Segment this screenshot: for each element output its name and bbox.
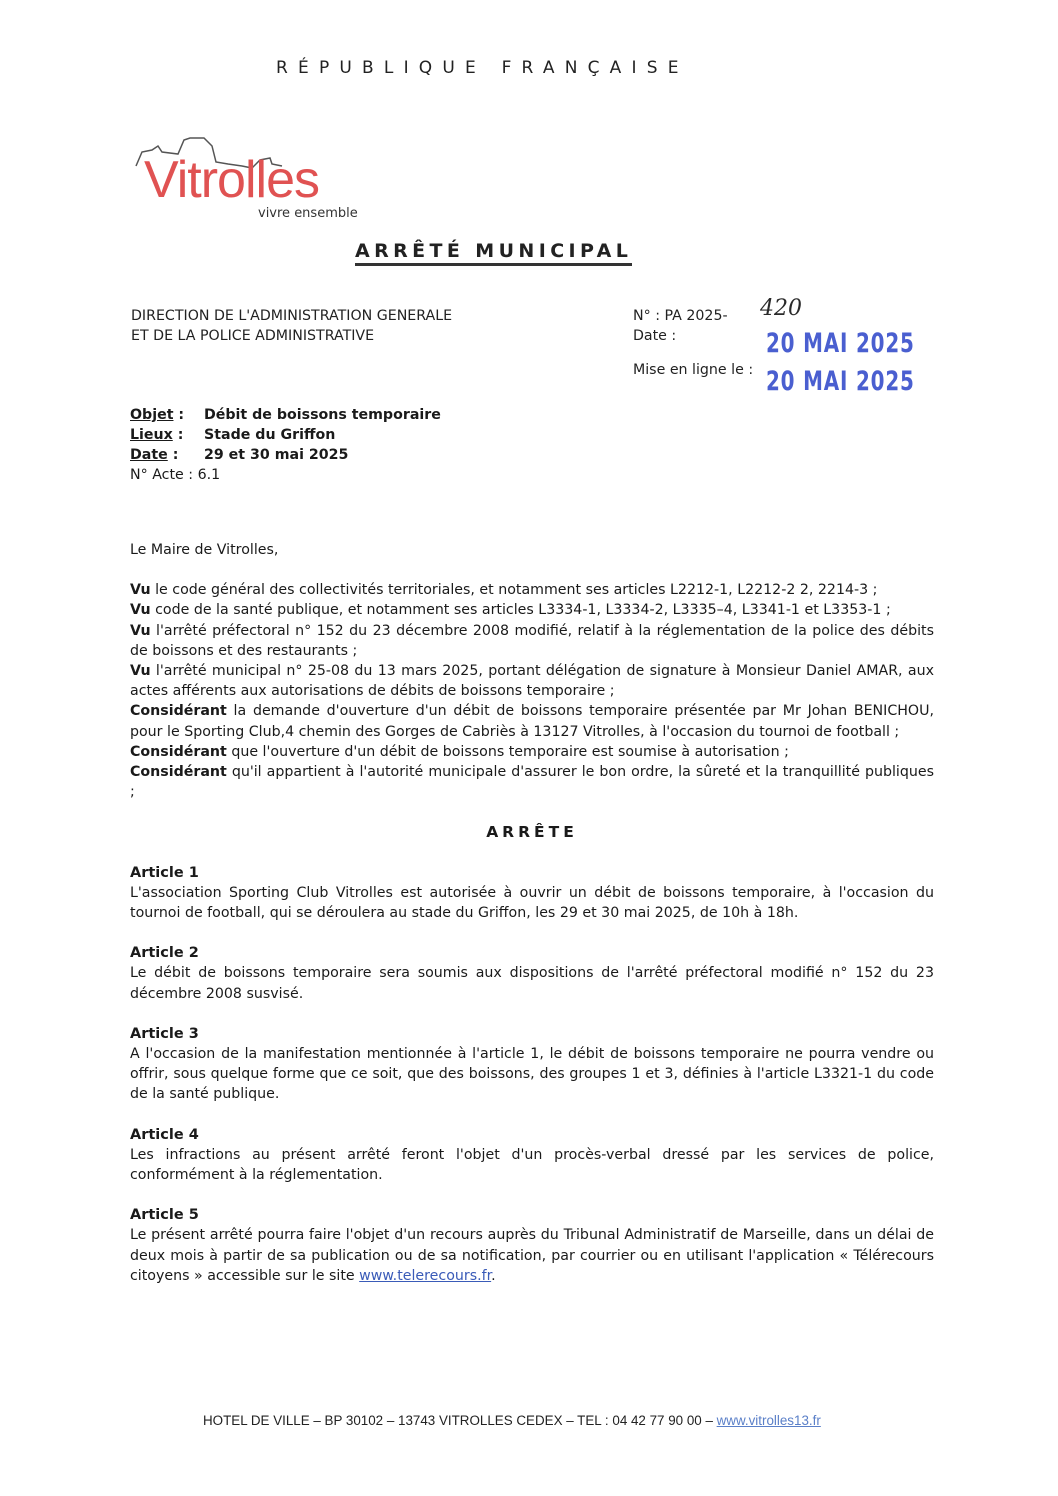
acte-number: N° Acte : 6.1 <box>130 465 441 485</box>
article-title: Article 3 <box>130 1024 934 1044</box>
clause-lead: Vu <box>130 663 151 679</box>
online-date-stamp: 20 MAI 2025 <box>766 366 915 397</box>
online-date-label: Mise en ligne le : <box>633 362 753 378</box>
department-line-1: DIRECTION DE L'ADMINISTRATION GENERALE <box>131 306 452 326</box>
footer-address: HOTEL DE VILLE – BP 30102 – 13743 VITROL… <box>203 1413 821 1428</box>
republique-francaise-heading: RÉPUBLIQUE FRANÇAISE <box>276 58 689 78</box>
footer-text: HOTEL DE VILLE – BP 30102 – 13743 VITROL… <box>203 1413 717 1428</box>
clause-text: code de la santé publique, et notamment … <box>151 602 891 618</box>
preamble-clause: Vu code de la santé publique, et notamme… <box>130 600 934 620</box>
article-title: Article 5 <box>130 1205 934 1225</box>
reference-number-label: N° : PA 2025- <box>633 306 728 326</box>
articles-list: Article 1L'association Sporting Club Vit… <box>130 863 934 1286</box>
date-label: Date : <box>633 326 728 346</box>
clause-text: la demande d'ouverture d'un débit de boi… <box>130 703 934 739</box>
footer-website-link[interactable]: www.vitrolles13.fr <box>717 1413 821 1428</box>
preamble-clause: Considérant la demande d'ouverture d'un … <box>130 701 934 741</box>
issuing-department: DIRECTION DE L'ADMINISTRATION GENERALE E… <box>131 306 452 346</box>
lieux-value: Stade du Griffon <box>204 425 335 445</box>
clause-text: que l'ouverture d'un débit de boissons t… <box>227 744 789 760</box>
article-text: A l'occasion de la manifestation mention… <box>130 1044 934 1105</box>
preamble-clause: Vu le code général des collectivités ter… <box>130 580 934 600</box>
logo-wordmark: Vitrolles <box>144 154 319 206</box>
clause-lead: Vu <box>130 623 151 639</box>
article-text: L'association Sporting Club Vitrolles es… <box>130 883 934 923</box>
clause-lead: Considérant <box>130 764 227 780</box>
article-title: Article 4 <box>130 1125 934 1145</box>
subject-block: Objet : Débit de boissons temporaire Lie… <box>130 405 441 485</box>
opening-line: Le Maire de Vitrolles, <box>130 540 934 560</box>
clause-text: l'arrêté préfectoral n° 152 du 23 décemb… <box>130 623 934 659</box>
preamble-clause: Considérant que l'ouverture d'un débit d… <box>130 742 934 762</box>
article-text: Le débit de boissons temporaire sera sou… <box>130 963 934 1003</box>
article-title: Article 1 <box>130 863 934 883</box>
department-line-2: ET DE LA POLICE ADMINISTRATIVE <box>131 326 452 346</box>
telerecours-link[interactable]: www.telerecours.fr <box>359 1268 491 1284</box>
article-text: Le présent arrêté pourra faire l'objet d… <box>130 1225 934 1286</box>
handwritten-number: 420 <box>760 296 802 321</box>
lieux-row: Lieux : Stade du Griffon <box>130 425 441 445</box>
preamble-clause: Considérant qu'il appartient à l'autorit… <box>130 762 934 802</box>
clause-lead: Considérant <box>130 744 227 760</box>
document-body: Le Maire de Vitrolles, Vu le code généra… <box>130 540 934 1286</box>
logo-tagline: vivre ensemble <box>258 206 358 221</box>
decision-heading: ARRÊTE <box>130 822 934 842</box>
clause-lead: Considérant <box>130 703 227 719</box>
document-title: ARRÊTÉ MUNICIPAL <box>355 240 632 266</box>
preamble-clause: Vu l'arrêté préfectoral n° 152 du 23 déc… <box>130 621 934 661</box>
date-row: Date : 29 et 30 mai 2025 <box>130 445 441 465</box>
article-text: Les infractions au présent arrêté feront… <box>130 1145 934 1185</box>
reference-block: N° : PA 2025- Date : <box>633 306 728 346</box>
clause-lead: Vu <box>130 602 151 618</box>
objet-value: Débit de boissons temporaire <box>204 405 441 425</box>
lieux-label: Lieux <box>130 427 173 443</box>
date-row-value: 29 et 30 mai 2025 <box>204 445 348 465</box>
objet-label: Objet <box>130 407 173 423</box>
vitrolles-logo: Vitrolles vivre ensemble <box>132 132 392 227</box>
article-title: Article 2 <box>130 943 934 963</box>
clause-text: qu'il appartient à l'autorité municipale… <box>130 764 934 800</box>
date-stamp: 20 MAI 2025 <box>766 328 915 359</box>
clause-text: le code général des collectivités territ… <box>151 582 878 598</box>
objet-row: Objet : Débit de boissons temporaire <box>130 405 441 425</box>
preamble-clauses: Vu le code général des collectivités ter… <box>130 580 934 802</box>
preamble-clause: Vu l'arrêté municipal n° 25-08 du 13 mar… <box>130 661 934 701</box>
clause-text: l'arrêté municipal n° 25-08 du 13 mars 2… <box>130 663 934 699</box>
clause-lead: Vu <box>130 582 151 598</box>
date-row-label: Date <box>130 447 168 463</box>
